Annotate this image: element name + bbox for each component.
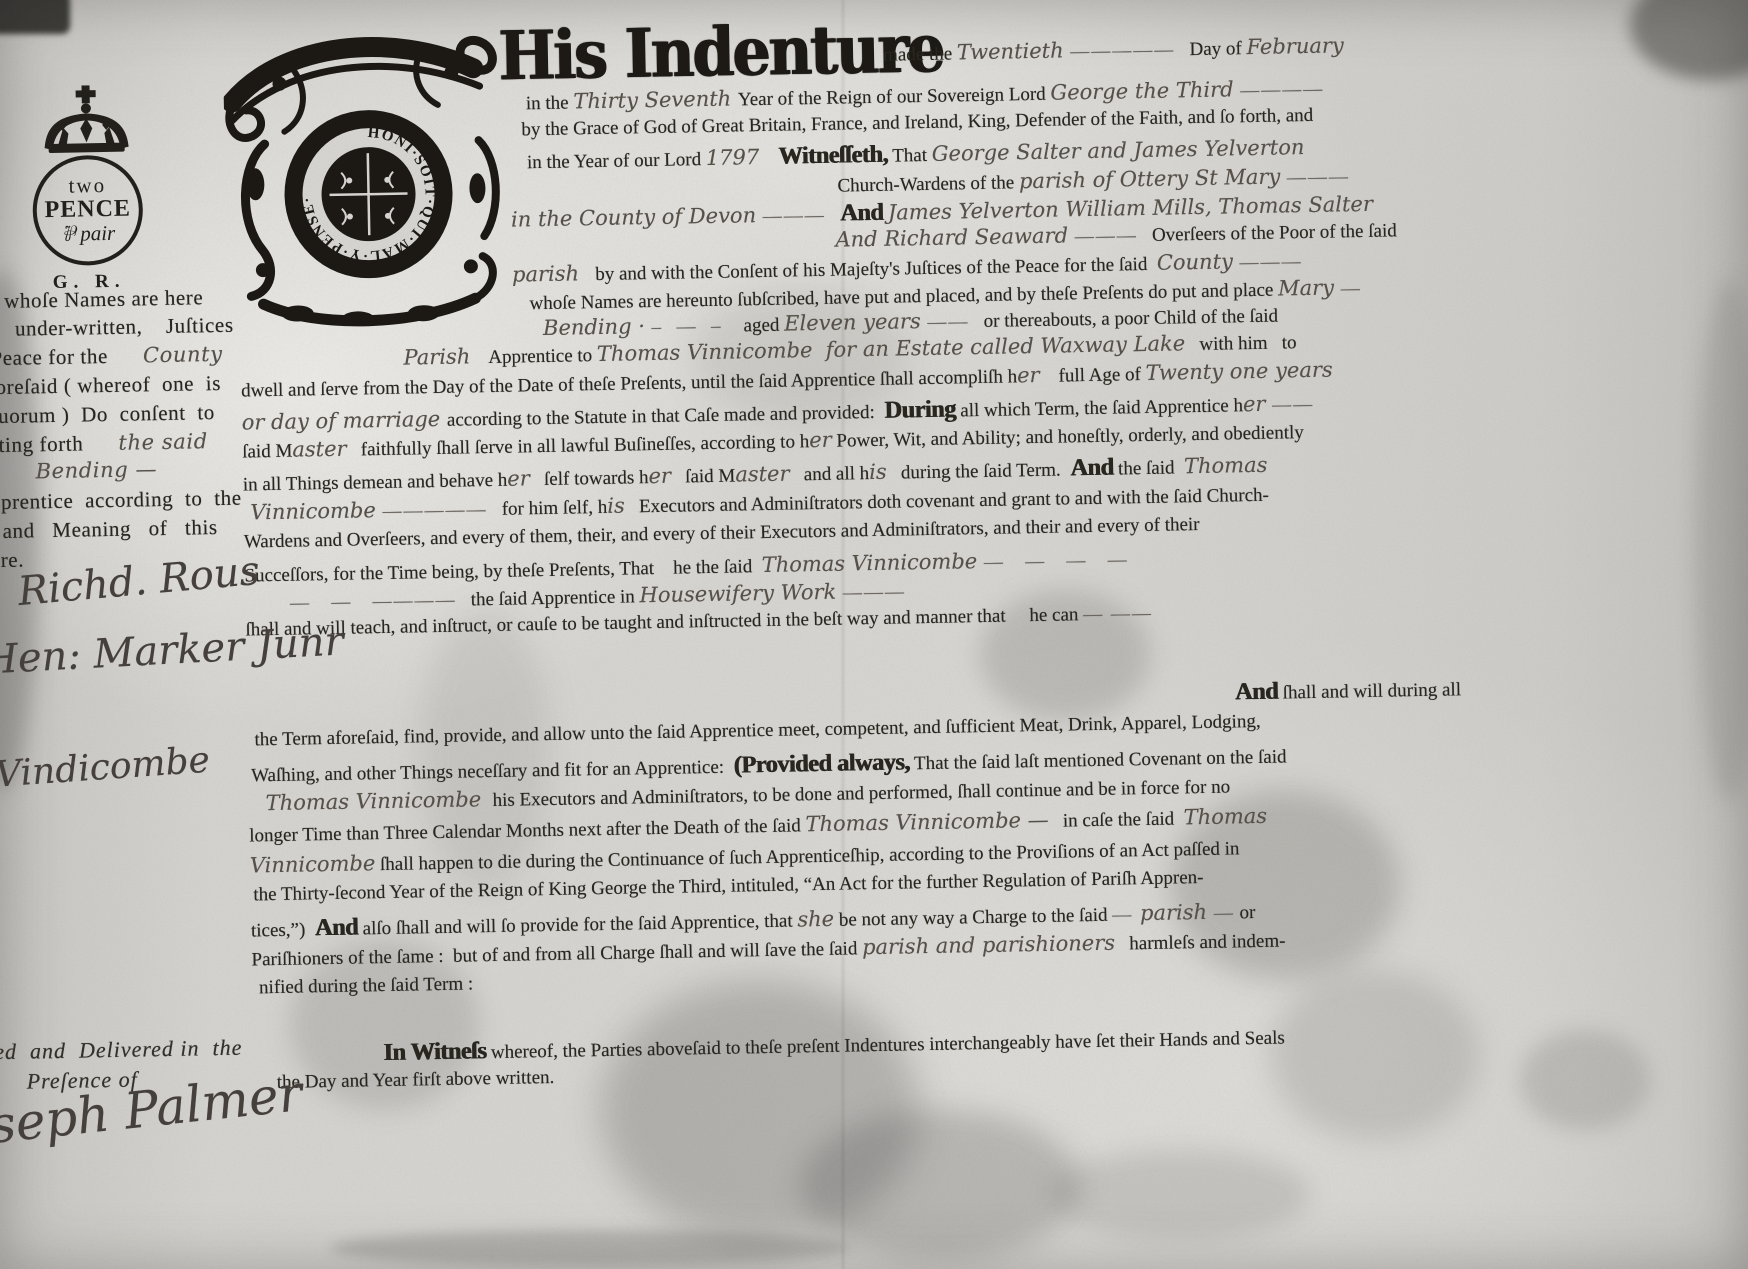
printed-text: harmleſs and indem- [1115,931,1286,955]
stamp-value-line: two [68,175,106,197]
ink-dash: — — — — [984,549,1129,573]
printed-text: ſelf towards h [530,467,649,490]
printed-text: nified during the ſaid Term : [259,973,473,998]
printed-text: according to the Statute in that Caſe ma… [447,402,885,431]
handwritten-text: Twenty one years [1145,358,1332,385]
printed-text: and all h [789,463,869,485]
handwritten-text: County [143,342,223,367]
blackletter-text: (Provided always, [733,748,910,778]
ink-dash: — —— [1083,603,1153,625]
text-line: Succeſſors, for the Time being, by theſe… [244,546,1129,587]
handwritten-text: George the Third [1050,77,1240,104]
handwritten-text: Richd. Rous [16,548,262,615]
text-line: In Witneſs whereof, the Parties aboveſai… [383,1023,1285,1068]
signature: Hen: Marker Junr [0,618,345,683]
stamp-value-line: ⅌ pair [61,222,115,246]
handwritten-text: is [607,494,625,518]
printed-text: Executors and Adminiſtrators doth covena… [625,485,1270,518]
ink-dash: ——— [1075,225,1138,247]
printed-text: That [888,145,932,167]
scanned-indenture-page: two PENCE ⅌ pair G. R. [0,0,1748,1269]
text-line: WE whoſe Names are here [0,285,203,314]
printed-text: the Day and Year firſt above written. [277,1067,555,1093]
printed-text: Church-Wardens of the [837,172,1019,196]
text-line: aforeſaid ( whereof one is [0,371,221,400]
handwritten-text: er [809,428,832,452]
handwritten-text: Thomas [1183,804,1267,830]
handwritten-text: er [1243,392,1273,417]
printed-text: faithfully ſhall ſerve in all lawful Buſ… [346,431,809,460]
printed-text: Quorum ) Do conſent to [0,400,215,428]
revenue-stamp: two PENCE ⅌ pair G. R. [21,84,155,294]
handwritten-text: aster [735,462,790,487]
stamp-value-circle: two PENCE ⅌ pair [32,154,144,266]
handwritten-text: er [507,466,530,490]
handwritten-text: Vinnicombe [250,851,376,877]
handwritten-text: Parish [403,344,470,369]
handwritten-text: Hen: Marker Junr [0,618,345,683]
printed-text: in the [526,92,574,114]
handwritten-text: er [1017,363,1040,387]
blackletter-text: And [840,199,884,227]
text-line: made the Twentieth ————— Day of February [883,33,1344,66]
handwritten-text: Thomas [1184,453,1268,479]
text-line: ed and Delivered in the [0,1035,243,1066]
printed-text: the ſaid [1113,457,1184,479]
printed-text: be not any way a Charge to the ſaid [834,905,1113,931]
printed-text: during the ſaid Term. [887,459,1071,483]
printed-text: Waſhing, and other Things neceſſary and … [251,757,734,787]
stamp-value-line: PENCE [44,195,131,223]
handwritten-text: parish [512,261,586,286]
ink-dash: ——— [843,581,906,603]
ink-dash: — [1334,278,1362,300]
handwritten-text: Housewifery Work [639,580,843,608]
ink-dash: —— [1272,394,1314,416]
printed-text: full Age of [1039,364,1145,387]
blackletter-text: And [1070,454,1114,482]
ink-dash: —— [927,311,969,333]
printed-text [826,205,841,226]
ink-dash: ————— [382,499,487,522]
handwritten-text: Thomas Vinnicombe [761,549,984,577]
printed-text: tices,”) [251,919,315,941]
printed-text: alſo ſhall and will ſo provide for the ſ… [358,910,798,939]
printed-text: whereof, the Parties aboveſaid to theſe … [486,1028,1285,1064]
handwritten-text: Twentieth [957,38,1071,64]
printed-text: WE whoſe Names are here [0,285,203,313]
handwritten-text: County [1157,249,1240,275]
printed-text: Day of [1175,38,1247,60]
ink-dash: ——— [763,205,826,227]
printed-text: Peace for the [0,343,143,370]
printed-text: under-written, Juſtices [15,313,234,341]
printed-text: in the Year of our Lord [527,149,706,173]
printed-text: Pariſhioners of the ſame : but of and fr… [251,938,862,970]
text-line: Quorum ) Do conſent to [0,400,215,429]
text-line: under-written, Juſtices [15,313,234,342]
ink-dash: – — – [651,316,729,338]
text-line: Apprentice according to the [0,486,242,516]
text-line: And ſhall and will during all [1235,674,1462,706]
crown-icon [34,84,139,154]
ink-dash: ————— [1070,39,1175,62]
printed-text: all which Term, the ſaid Apprentice h [955,395,1243,421]
ink-dash: ———— [1240,79,1324,102]
handwritten-text: Vindicombe [0,740,211,796]
handwritten-text: er [648,464,671,488]
ink-dash: ——— [1239,251,1302,273]
text-line: Bending — [35,457,157,484]
ink-dash: ——— [1287,166,1350,188]
handwritten-text: February [1246,33,1344,59]
text-line: the Day and Year firſt above written. [277,1067,555,1094]
printed-text [759,148,778,169]
blackletter-text: During [884,395,956,423]
ink-layer: two PENCE ⅌ pair G. R. [0,0,1748,1269]
handwritten-text: Thomas Vinnicombe [265,787,488,815]
handwritten-text: aster [292,437,347,462]
text-line: utting forth the said [0,429,208,458]
handwritten-text: the said [118,429,208,455]
handwritten-text: parish [1140,900,1207,925]
printed-text: with him to [1185,332,1297,355]
printed-text: ſhall and will during all [1278,679,1461,703]
printed-text: ſaid M [671,466,736,488]
blackletter-text: Witneſſeth, [778,141,888,170]
handwritten-text: Bending — [35,457,157,483]
printed-text: for him ſelf, h [487,497,607,520]
blackletter-text: In Witneſs [383,1037,486,1066]
handwritten-text: in the County of Devon [511,203,763,232]
printed-text: or thereabouts, a poor Child of the ſaid [969,306,1278,333]
printed-text: t and Meaning of this [0,515,218,543]
handwritten-text: is [869,460,887,484]
printed-text: longer Time than Three Calendar Months n… [249,815,806,846]
ink-dash: — [1112,904,1140,926]
printed-text: ed and Delivered in the [0,1035,243,1065]
handwritten-text: Vinnicombe [250,498,383,524]
printed-text: Apprentice according to the [0,486,242,515]
printed-text: utting forth [0,431,119,458]
handwritten-text: George Salter and James Yelverton [932,135,1305,166]
handwritten-text: or day of marriage [241,407,447,435]
text-line: nified during the ſaid Term : [259,973,474,999]
printed-text: Year of the Reign of our Sovereign Lord [738,84,1051,111]
printed-text: Apprentice to [470,345,597,368]
text-line: t and Meaning of this [0,515,218,544]
handwritten-text: Eleven years [784,309,928,336]
printed-text: Power, Wit, and Ability; and honeſtly, o… [832,422,1304,452]
blackletter-text: And [315,914,359,942]
printed-text: in caſe the ſaid [1048,808,1183,831]
printed-text: in all Things demean and behave h [243,470,508,496]
handwritten-text: Bending · [543,314,652,340]
handwritten-text: she [797,907,834,932]
printed-text: or [1235,902,1256,923]
text-line: Peace for the County [0,342,223,371]
blackletter-text: And [1235,678,1279,706]
handwritten-text: Mary [1278,276,1334,301]
signature: Vindicombe [0,740,211,796]
handwritten-text: parish of Ottery St Mary [1019,164,1287,193]
ornamental-initial-T: HONI·SOIT·QUI·MAL·Y·PENSE· [222,20,510,331]
handwritten-text: 1797 [706,145,760,170]
printed-text: That the ſaid laſt mentioned Covenant on… [909,746,1286,774]
printed-text: ſaid M [242,441,293,463]
printed-text: Overſeers of the Poor of the ſaid [1138,220,1397,246]
printed-text: the ſaid Apprentice in [456,586,639,610]
printed-text: aforeſaid ( whereof one is [0,371,221,399]
printed-text: made the [883,43,957,65]
signature: Richd. Rous [16,548,262,615]
handwritten-text: Thomas Vinnicombe — [805,808,1049,836]
ink-dash: — [1207,902,1235,924]
handwritten-text: And Richard Seaward [835,223,1075,251]
printed-text: aged [729,315,784,337]
ink-dash: — — ———— [290,590,457,614]
handwritten-text: Thirty Seventh [573,86,738,113]
handwritten-text: parish and parishioners [862,931,1115,960]
